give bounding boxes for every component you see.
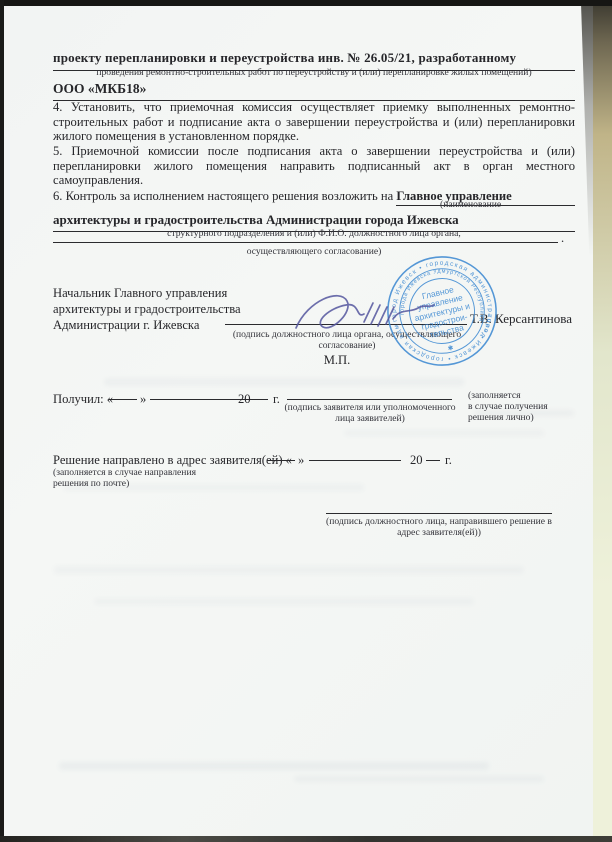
bleedthrough-artifact (54, 566, 524, 574)
received-year-suffix: г. (273, 392, 280, 407)
seal-mark: М.П. (287, 353, 387, 368)
developer-row: ООО «МКБ18» (53, 80, 575, 101)
sent-signature-line (326, 513, 552, 514)
clause-6-caption-open: (наименование (440, 200, 501, 211)
bleedthrough-artifact (104, 378, 464, 386)
sent-caption-line-2: адрес заявителя(ей)) (314, 528, 564, 539)
sent-label: Решение направлено в адрес заявителя(ей)… (53, 453, 292, 468)
officer-title: Начальник Главного управления архитектур… (53, 285, 241, 333)
received-day-blank (109, 386, 137, 400)
sent-year: 20 (410, 453, 423, 468)
received-year-blank (254, 386, 268, 400)
scanned-document-page: проекту перепланировки и переустройства … (4, 6, 593, 836)
officer-title-line-3: Администрации г. Ижевска (53, 317, 241, 333)
bleedthrough-artifact (344, 430, 544, 436)
project-line-text: проекту перепланировки и переустройства … (53, 50, 516, 65)
sent-note: (заполняется в случае направления решени… (53, 468, 253, 490)
scan-edge-left (0, 0, 4, 842)
sent-day-blank (267, 447, 295, 461)
project-line-caption: проведения ремонтно-строительных работ п… (53, 68, 575, 79)
sent-signature-caption: (подпись должностного лица, направившего… (314, 517, 564, 539)
clause-5: 5. Приемочной комиссии после подписания … (53, 144, 575, 188)
authority-name: архитектуры и градостроительства Админис… (53, 212, 459, 227)
handwritten-signature (290, 286, 440, 340)
sent-month-blank (309, 447, 401, 461)
sent-year-suffix: г. (445, 453, 452, 468)
sent-note-line-2: решения по почте) (53, 479, 253, 490)
officer-title-line-1: Начальник Главного управления (53, 285, 241, 301)
received-signature-blank (287, 386, 452, 400)
stamp-star: ✱ (447, 344, 455, 353)
clause-4-line-1: 4. Установить, что приемочная комиссия о… (53, 100, 575, 115)
clause-4-line-2: строительных работ и подписание акта о з… (53, 115, 575, 130)
sent-quote-close: » (298, 453, 304, 468)
sent-year-blank (426, 447, 440, 461)
clause-5-line-1: 5. Приемочной комиссии после подписания … (53, 144, 575, 159)
received-note-line-3: решения лично) (468, 413, 578, 424)
received-caption-line-2: лица заявителей) (284, 414, 456, 425)
developer-name: ООО «МКБ18» (53, 81, 146, 96)
received-label: Получил: « (53, 392, 113, 407)
clause-5-line-3: самоуправления. (53, 173, 575, 188)
received-quote-close: » (140, 392, 146, 407)
scan-edge-bottom (0, 836, 612, 842)
clause-6-prefix: 6. Контроль за исполнением настоящего ре… (53, 189, 396, 204)
blank-line-period: . (561, 231, 564, 246)
scan-edge-top (0, 0, 612, 6)
clause-5-line-2: перепланировки жилого помещения направит… (53, 159, 575, 174)
clause-4: 4. Установить, что приемочная комиссия о… (53, 100, 575, 144)
received-signature-caption: (подпись заявителя или уполномоченного л… (284, 403, 456, 425)
officer-title-line-2: архитектуры и градостроительства (53, 301, 241, 317)
bleedthrough-artifact (294, 776, 544, 782)
received-note-line-2: в случае получения (468, 402, 578, 413)
bleedthrough-artifact (59, 762, 489, 770)
received-year: 20 (238, 392, 251, 407)
bleedthrough-artifact (94, 598, 474, 605)
scan-edge-right (593, 0, 612, 842)
clause-4-line-3: жилого помещения в установленном порядке… (53, 129, 575, 144)
authority-caption-end: осуществляющего согласование) (53, 247, 575, 258)
received-note: (заполняется в случае получения решения … (468, 391, 578, 423)
